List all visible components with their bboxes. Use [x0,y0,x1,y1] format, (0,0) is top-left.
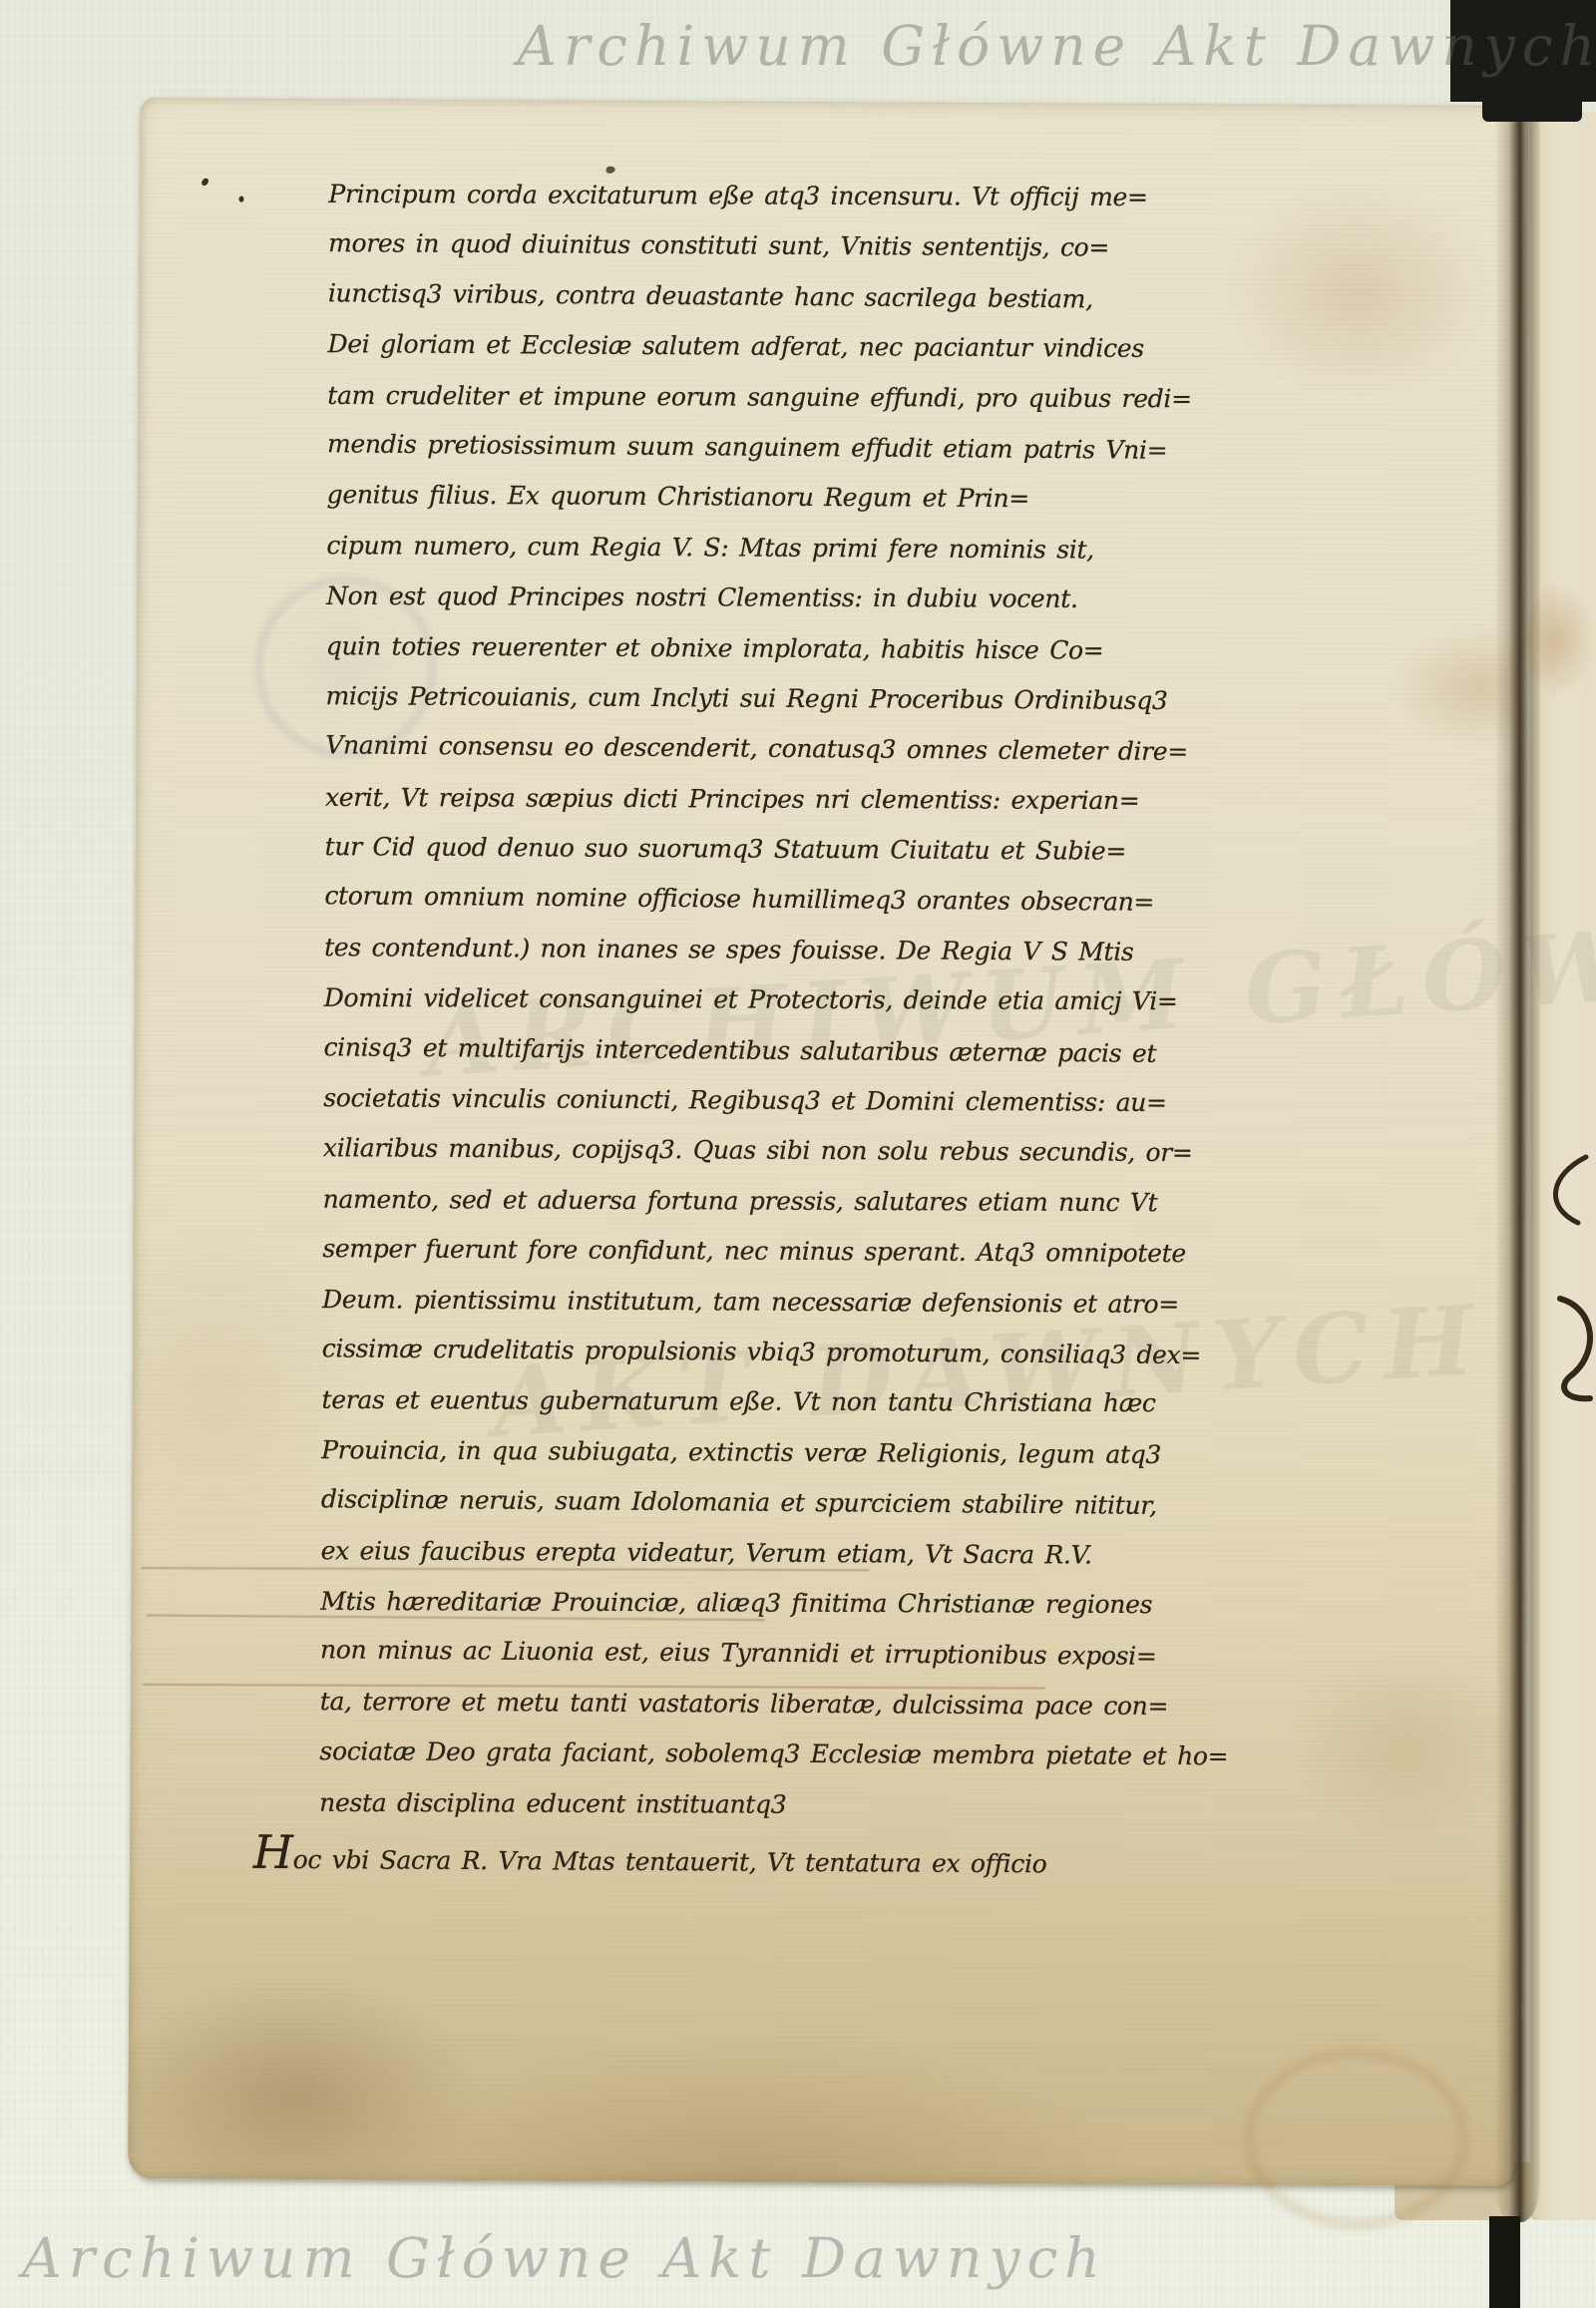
manuscript-line: tam crudeliter et impune eorum sanguine … [327,370,1125,424]
water-stain-ring [1243,2047,1470,2229]
manuscript-line: tur Cid quod denuo suo suorumq3 Statuum … [325,822,1123,877]
manuscript-line: Non est quod Principes nostri Clementiss… [326,572,1124,625]
manuscript-line: teras et euentus gubernaturum eße. Vt no… [321,1375,1119,1429]
manuscript-line: Domini videlicet consanguinei et Protect… [324,973,1122,1027]
archive-watermark-bottom: Archiwum Główne Akt Dawnych [22,2226,1107,2290]
manuscript-line: disciplinæ neruis, suam Idolomania et sp… [321,1474,1119,1531]
archival-scan: ARCHIWUM GŁÓWNE AKT DAWNYCH Principum co… [0,0,1596,2308]
manuscript-line: societatis vinculis coniuncti, Regibusq3… [323,1073,1121,1128]
manuscript-line: Prouincia, in qua subiugata, extinctis v… [321,1425,1119,1480]
manuscript-line: ex eius faucibus erepta videatur, Verum … [320,1526,1118,1581]
manuscript-line: Deum. pientissimu institutum, tam necess… [322,1275,1120,1330]
manuscript-line: xiliaribus manibus, copijsq3. Quas sibi … [323,1124,1121,1179]
manuscript-line: Vnanimi consensu eo descenderit, conatus… [325,721,1123,778]
manuscript-line: mendis pretiosissimum suum sanguinem eff… [327,419,1125,476]
manuscript-line: namento, sed et aduersa fortuna pressis,… [323,1175,1121,1229]
manuscript-line: tes contendunt.) non inanes se spes foui… [324,923,1122,977]
manuscript-line: semper fuerunt fore confidunt, nec minus… [322,1224,1120,1279]
manuscript-line: genitus filius. Ex quorum Christianoru R… [327,470,1125,525]
ink-speck [200,178,209,188]
manuscript-line: mores in quod diuinitus constituti sunt,… [328,219,1126,274]
manuscript-line: quin toties reuerenter et obnixe implora… [326,621,1124,676]
manuscript-line: cinisq3 et multifarijs intercedentibus s… [323,1022,1121,1079]
manuscript-line: ta, terrore et metu tanti vastatoris lib… [320,1677,1118,1731]
manuscript-page: ARCHIWUM GŁÓWNE AKT DAWNYCH Principum co… [128,98,1526,2186]
manuscript-line: nesta disciplina educent instituantq3 [319,1777,1117,1831]
manuscript-text: Principum corda excitaturum eße atq3 inc… [319,169,1127,1882]
book-gutter-shadow [1494,92,1540,2222]
archive-watermark-top: Archiwum Główne Akt Dawnych [517,14,1596,78]
manuscript-line: micijs Petricouianis, cum Inclyti sui Re… [325,671,1123,726]
manuscript-line: non minus ac Liuonia est, eius Tyrannidi… [320,1626,1118,1683]
manuscript-line: Hoc vbi Sacra R. Vra Mtas tentauerit, Vt… [253,1827,1117,1882]
ink-speck [238,195,244,202]
manuscript-line: cissimæ crudelitatis propulsionis vbiq3 … [322,1324,1120,1380]
manuscript-line: iunctisq3 viribus, contra deuastante han… [328,268,1126,325]
manuscript-line: xerit, Vt reipsa sæpius dicti Principes … [325,773,1123,827]
manuscript-line: cipum numero, cum Regia V. S: Mtas primi… [326,521,1124,576]
binding-strap-bottom [1489,2216,1520,2308]
manuscript-line: Mtis hæreditariæ Prouinciæ, aliæq3 finit… [320,1577,1118,1631]
manuscript-line: Principum corda excitaturum eße atq3 inc… [328,170,1126,223]
manuscript-line: Dei gloriam et Ecclesiæ salutem adferat,… [327,319,1125,374]
manuscript-line: sociatæ Deo grata faciant, sobolemq3 Ecc… [319,1727,1117,1781]
manuscript-line: ctorum omnium nomine officiose humillime… [324,872,1122,929]
